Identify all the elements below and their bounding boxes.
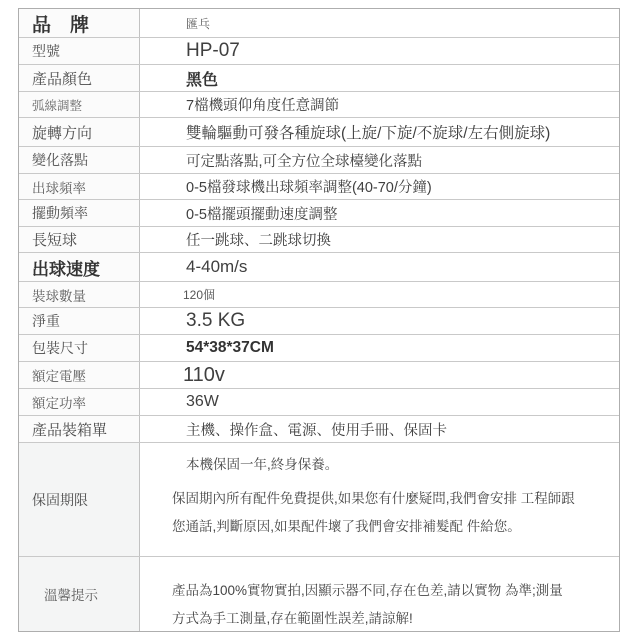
brand-value: 匯乓	[140, 9, 619, 37]
rated-power-value: 36W	[140, 389, 619, 415]
spec-row-swing-frequency: 擺動頻率 0-5檔擺頭擺動速度調整	[19, 200, 619, 227]
spec-row-packing-list: 產品裝箱單 主機、操作盒、電源、使用手冊、保固卡	[19, 416, 619, 443]
warranty-line-1: 本機保固一年,終身保養。	[172, 451, 605, 479]
tips-label: 溫馨提示	[19, 557, 140, 631]
color-value: 黑色	[140, 65, 619, 91]
spec-row-ball-speed: 出球速度 4-40m/s	[19, 253, 619, 282]
swing-frequency-label: 擺動頻率	[19, 200, 140, 226]
rated-power-label: 額定功率	[19, 389, 140, 415]
warranty-value: 本機保固一年,終身保養。 保固期內所有配件免費提供,如果您有什麼疑問,我們會安排…	[140, 443, 619, 556]
net-weight-label: 淨重	[19, 308, 140, 334]
color-label: 產品顏色	[19, 65, 140, 91]
ball-frequency-value: 0-5檔發球機出球頻率調整(40-70/分鐘)	[140, 174, 619, 199]
landing-variation-label: 變化落點	[19, 147, 140, 173]
arc-adjustment-label: 弧線調整	[19, 92, 140, 117]
packing-list-value: 主機、操作盒、電源、使用手冊、保固卡	[140, 416, 619, 442]
spec-row-package-size: 包裝尺寸 54*38*37CM	[19, 335, 619, 362]
brand-label: 品 牌	[19, 9, 140, 37]
spec-row-long-short-ball: 長短球 任一跳球、二跳球切換	[19, 227, 619, 253]
spec-row-color: 產品顏色 黑色	[19, 65, 619, 92]
ball-capacity-value: 120個	[140, 282, 619, 307]
spec-row-brand: 品 牌 匯乓	[19, 9, 619, 38]
landing-variation-value: 可定點落點,可全方位全球檯變化落點	[140, 147, 619, 173]
warranty-label: 保固期限	[19, 443, 140, 556]
model-value: HP-07	[140, 38, 619, 64]
arc-adjustment-value: 7檔機頭仰角度任意調節	[140, 92, 619, 117]
spec-row-ball-capacity: 裝球數量 120個	[19, 282, 619, 308]
packing-list-label: 產品裝箱單	[19, 416, 140, 442]
package-size-label: 包裝尺寸	[19, 335, 140, 361]
spin-direction-label: 旋轉方向	[19, 118, 140, 146]
tips-value: 產品為100%實物實拍,因顯示器不同,存在色差,請以實物 為準;測量 方式為手工…	[140, 557, 619, 631]
spec-row-rated-voltage: 額定電壓 110v	[19, 362, 619, 389]
spec-row-ball-frequency: 出球頻率 0-5檔發球機出球頻率調整(40-70/分鐘)	[19, 174, 619, 200]
spec-row-rated-power: 額定功率 36W	[19, 389, 619, 416]
rated-voltage-label: 額定電壓	[19, 362, 140, 388]
spec-row-net-weight: 淨重 3.5 KG	[19, 308, 619, 335]
ball-capacity-label: 裝球數量	[19, 282, 140, 307]
warranty-line-3: 您通話,判斷原因,如果配件壞了我們會安排補髮配 件給您。	[172, 513, 605, 541]
spec-row-model: 型號 HP-07	[19, 38, 619, 65]
model-label: 型號	[19, 38, 140, 64]
spec-row-tips: 溫馨提示 產品為100%實物實拍,因顯示器不同,存在色差,請以實物 為準;測量 …	[19, 557, 619, 631]
warranty-line-2: 保固期內所有配件免費提供,如果您有什麼疑問,我們會安排 工程師跟	[172, 485, 605, 513]
spin-direction-value: 雙輪驅動可發各種旋球(上旋/下旋/不旋球/左右側旋球)	[140, 118, 619, 146]
long-short-ball-label: 長短球	[19, 227, 140, 252]
ball-speed-label: 出球速度	[19, 253, 140, 281]
tips-line-2: 方式為手工測量,存在範圍性誤差,請諒解!	[172, 605, 605, 631]
tips-line-1: 產品為100%實物實拍,因顯示器不同,存在色差,請以實物 為準;測量	[172, 577, 605, 605]
long-short-ball-value: 任一跳球、二跳球切換	[140, 227, 619, 252]
spec-row-spin-direction: 旋轉方向 雙輪驅動可發各種旋球(上旋/下旋/不旋球/左右側旋球)	[19, 118, 619, 147]
product-spec-table: 品 牌 匯乓 型號 HP-07 產品顏色 黑色 弧線調整 7檔機頭仰角度任意調節…	[18, 8, 620, 632]
ball-frequency-label: 出球頻率	[19, 174, 140, 199]
rated-voltage-value: 110v	[140, 362, 619, 388]
net-weight-value: 3.5 KG	[140, 308, 619, 334]
spec-row-warranty: 保固期限 本機保固一年,終身保養。 保固期內所有配件免費提供,如果您有什麼疑問,…	[19, 443, 619, 557]
ball-speed-value: 4-40m/s	[140, 253, 619, 281]
package-size-value: 54*38*37CM	[140, 335, 619, 361]
spec-row-arc-adjustment: 弧線調整 7檔機頭仰角度任意調節	[19, 92, 619, 118]
swing-frequency-value: 0-5檔擺頭擺動速度調整	[140, 200, 619, 226]
spec-row-landing-variation: 變化落點 可定點落點,可全方位全球檯變化落點	[19, 147, 619, 174]
